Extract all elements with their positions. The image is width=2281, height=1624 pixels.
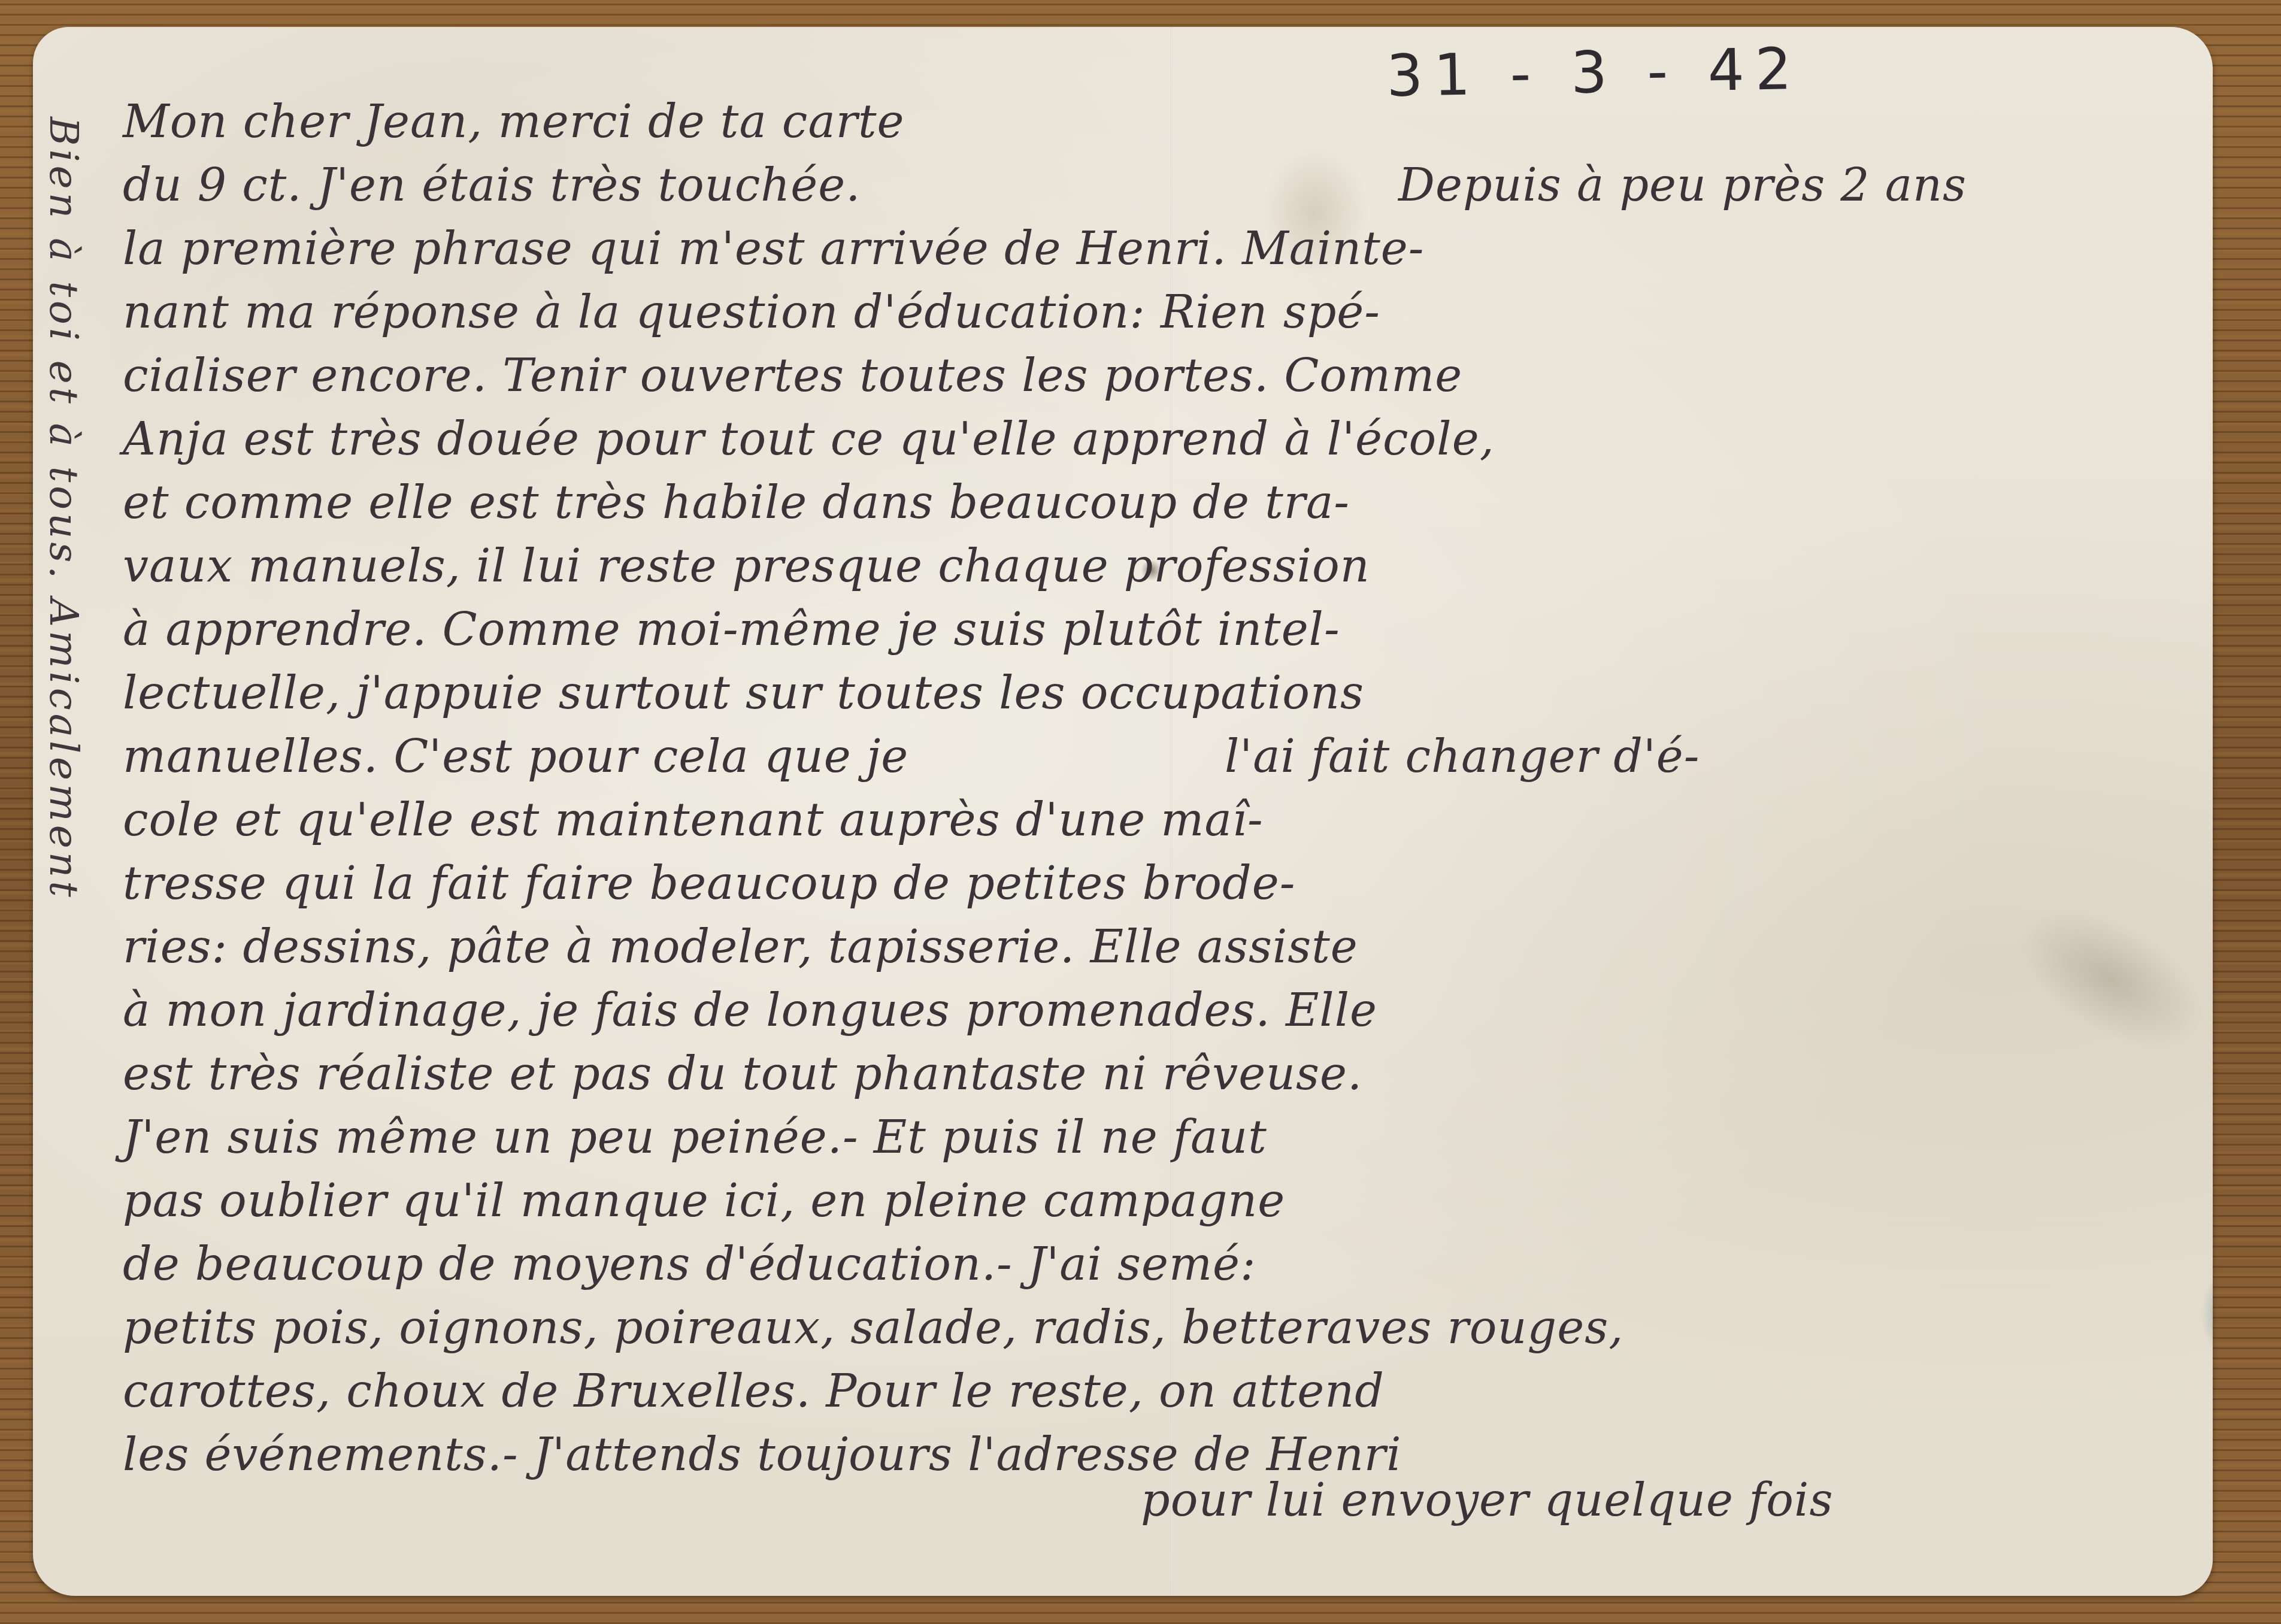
letter-line: cialiser encore. Tenir ouvertes toutes l… — [123, 344, 2171, 407]
letter-line: de beaucoup de moyens d'éducation.- J'ai… — [123, 1232, 2171, 1296]
line-text: à apprendre. Comme moi-même je suis plut… — [123, 598, 1340, 661]
line-text: manuelles. C'est pour cela que je — [123, 725, 908, 788]
line-text: J'en suis même un peu peinée.- Et puis i… — [123, 1105, 1267, 1169]
letter-line: pas oublier qu'il manque ici, en pleine … — [123, 1169, 2171, 1232]
line-text: du 9 ct. J'en étais très touchée. — [123, 153, 861, 217]
letter-body: Mon cher Jean, merci de ta carte du 9 ct… — [123, 90, 2171, 1486]
letter-line: du 9 ct. J'en étais très touchée. Depuis… — [123, 153, 2171, 217]
margin-note: Bien à toi et à tous. Amicalement — [45, 117, 99, 1434]
line-text: lectuelle, j'appuie surtout sur toutes l… — [123, 661, 1364, 725]
letter-line: est très réaliste et pas du tout phantas… — [123, 1042, 2171, 1105]
line-text: Anja est très douée pour tout ce qu'elle… — [123, 407, 1495, 471]
line-text: est très réaliste et pas du tout phantas… — [123, 1042, 1362, 1105]
line-text: carottes, choux de Bruxelles. Pour le re… — [123, 1359, 1385, 1423]
letter-line: Anja est très douée pour tout ce qu'elle… — [123, 407, 2171, 471]
letter-line: carottes, choux de Bruxelles. Pour le re… — [123, 1359, 2171, 1423]
letter-line: lectuelle, j'appuie surtout sur toutes l… — [123, 661, 2171, 725]
line-text: de beaucoup de moyens d'éducation.- J'ai… — [123, 1232, 1256, 1296]
letter-line: Mon cher Jean, merci de ta carte — [123, 90, 2171, 153]
line-text: Mon cher Jean, merci de ta carte — [123, 90, 905, 153]
line-text: pas oublier qu'il manque ici, en pleine … — [123, 1169, 1285, 1232]
line-text-right: pour lui envoyer quelque fois — [1141, 1468, 1833, 1532]
letter-line: petits pois, oignons, poireaux, salade, … — [123, 1296, 2171, 1359]
letter-line: J'en suis même un peu peinée.- Et puis i… — [123, 1105, 2171, 1169]
letter-line: à apprendre. Comme moi-même je suis plut… — [123, 598, 2171, 661]
line-text: et comme elle est très habile dans beauc… — [123, 471, 1350, 534]
letter-line: à mon jardinage, je fais de longues prom… — [123, 978, 2171, 1042]
letter-line: la première phrase qui m'est arrivée de … — [123, 217, 2171, 280]
letter-line: manuelles. C'est pour cela que je — [123, 725, 2171, 788]
line-text: cialiser encore. Tenir ouvertes toutes l… — [123, 344, 1462, 407]
letter-line: cole et qu'elle est maintenant auprès d'… — [123, 788, 2171, 852]
line-text: à mon jardinage, je fais de longues prom… — [123, 978, 1377, 1042]
line-text: cole et qu'elle est maintenant auprès d'… — [123, 788, 1264, 852]
water-stain — [2201, 1272, 2213, 1356]
line-text: ries: dessins, pâte à modeler, tapisseri… — [123, 915, 1358, 978]
postcard: 31 - 3 - 42 Bien à toi et à tous. Amical… — [33, 27, 2213, 1596]
letter-line: ries: dessins, pâte à modeler, tapisseri… — [123, 915, 2171, 978]
letter-line: nant ma réponse à la question d'éducatio… — [123, 280, 2171, 344]
letter-line: vaux manuels, il lui reste presque chaqu… — [123, 534, 2171, 598]
line-text: petits pois, oignons, poireaux, salade, … — [123, 1296, 1623, 1359]
line-text: tresse qui la fait faire beaucoup de pet… — [123, 852, 1295, 915]
letter-line: tresse qui la fait faire beaucoup de pet… — [123, 852, 2171, 915]
line-text: la première phrase qui m'est arrivée de … — [123, 217, 1424, 280]
letter-line: et comme elle est très habile dans beauc… — [123, 471, 2171, 534]
line-text-right: Depuis à peu près 2 ans — [1398, 153, 1967, 217]
margin-note-text: Bien à toi et à tous. Amicalement — [41, 117, 87, 901]
line-text: nant ma réponse à la question d'éducatio… — [123, 280, 1380, 344]
line-text: vaux manuels, il lui reste presque chaqu… — [123, 534, 1370, 598]
